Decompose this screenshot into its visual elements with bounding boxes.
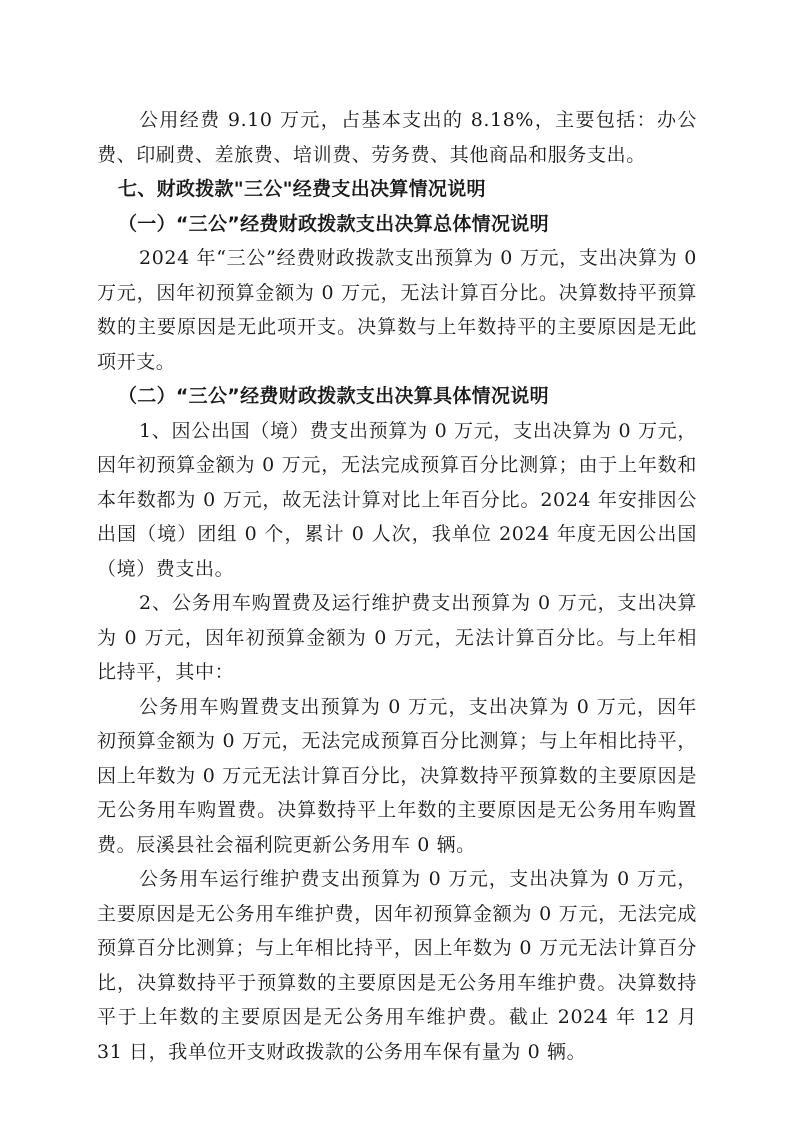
paragraph-vehicle-purchase: 公务用车购置费支出预算为 0 万元，支出决算为 0 万元，因年初预算金额为 0 … bbox=[97, 690, 697, 863]
subheading-overall: （一）“三公”经费财政拨款支出决算总体情况说明 bbox=[97, 207, 697, 242]
paragraph-overall: 2024 年“三公”经费财政拨款支出预算为 0 万元，支出决算为 0 万元，因年… bbox=[97, 241, 697, 379]
paragraph-overseas-travel: 1、因公出国（境）费支出预算为 0 万元，支出决算为 0 万元，因年初预算金额为… bbox=[97, 414, 697, 587]
paragraph-public-expenses: 公用经费 9.10 万元，占基本支出的 8.18%，主要包括：办公费、印刷费、差… bbox=[97, 103, 697, 172]
section-heading-seven: 七、财政拨款"三公"经费支出决算情况说明 bbox=[97, 172, 697, 207]
paragraph-vehicle-maintenance: 公务用车运行维护费支出预算为 0 万元，支出决算为 0 万元，主要原因是无公务用… bbox=[97, 862, 697, 1069]
document-page: 公用经费 9.10 万元，占基本支出的 8.18%，主要包括：办公费、印刷费、差… bbox=[97, 103, 697, 1069]
paragraph-vehicle-total: 2、公务用车购置费及运行维护费支出预算为 0 万元，支出决算为 0 万元，因年初… bbox=[97, 586, 697, 690]
subheading-specific: （二）“三公”经费财政拨款支出决算具体情况说明 bbox=[97, 379, 697, 414]
